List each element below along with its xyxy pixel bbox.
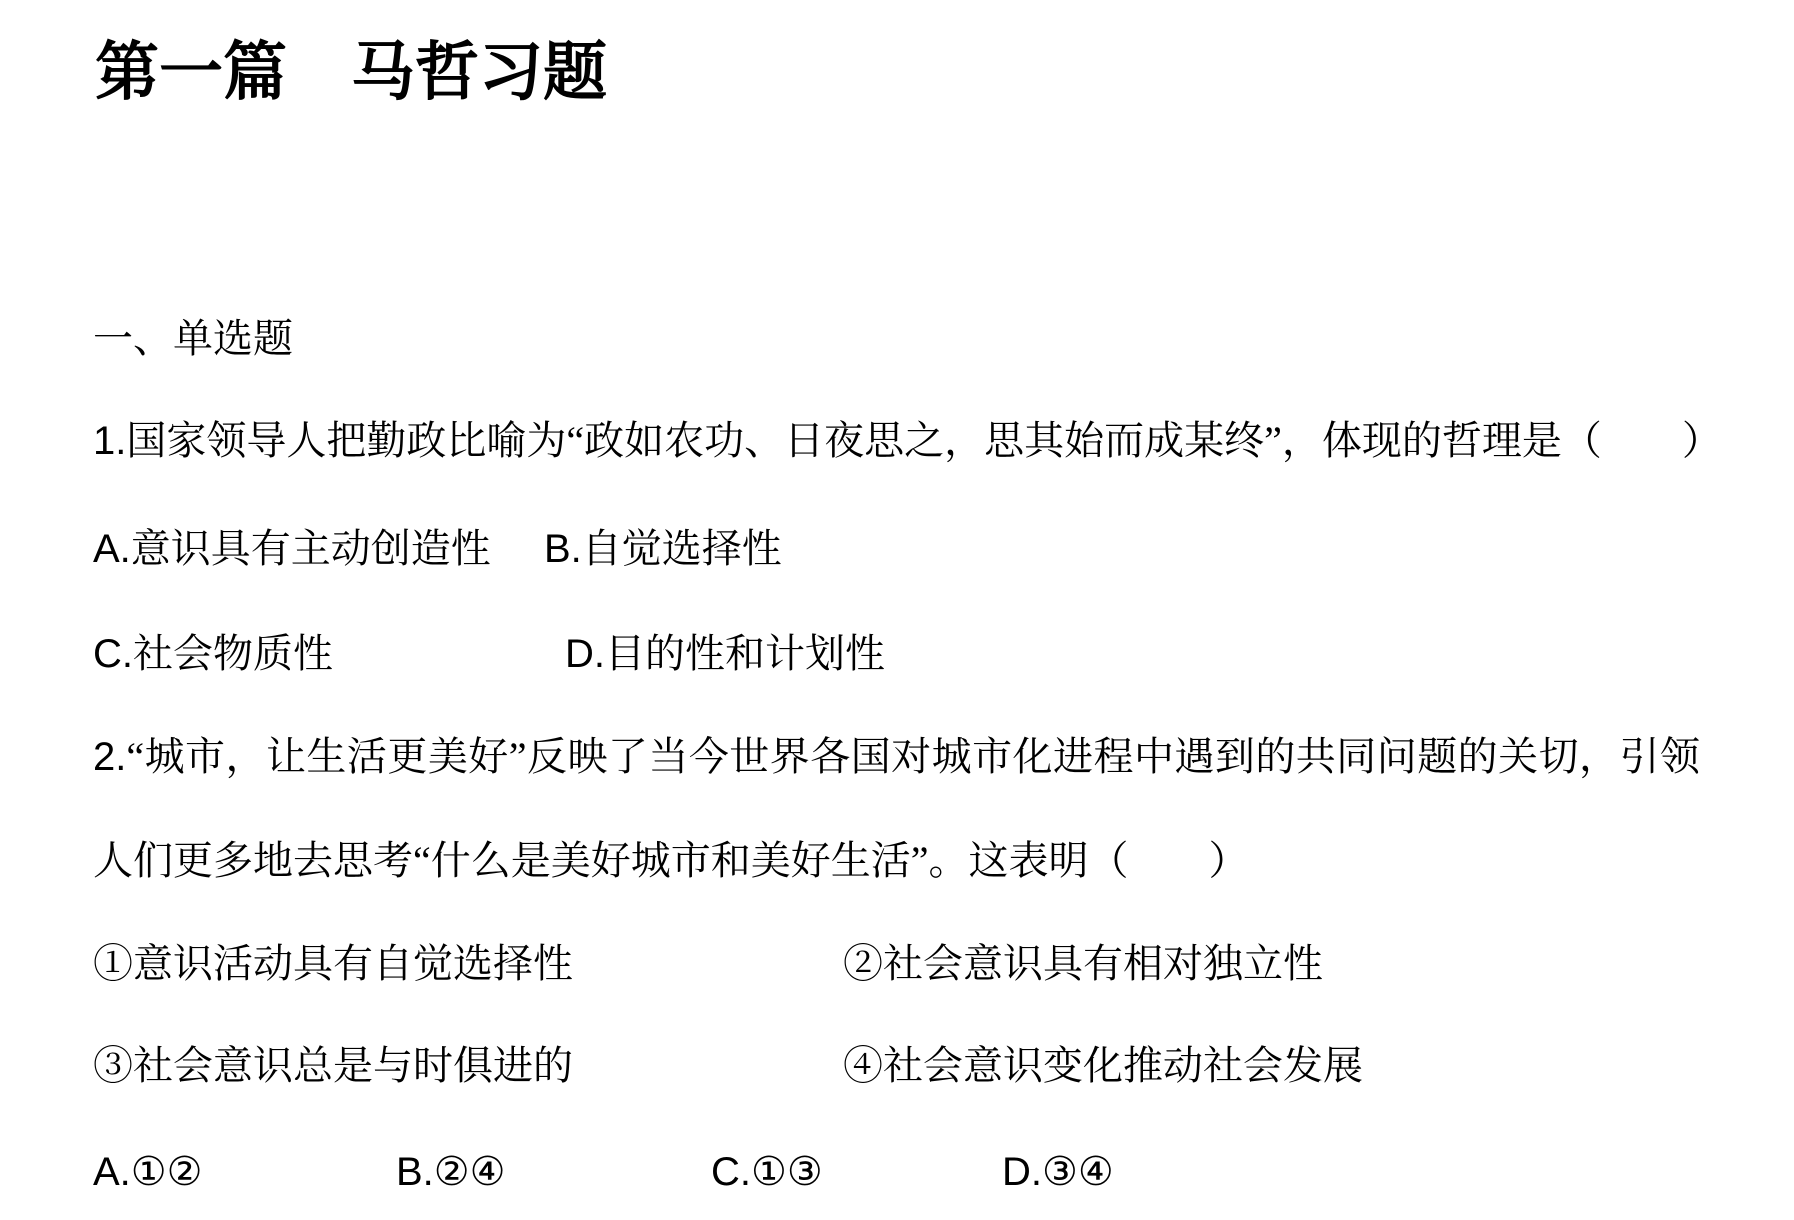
question-2-text-line-1: “城市，让生活更美好”反映了当今世界各国对城市化进程中遇到的共同问题的关切，引领 (126, 734, 1700, 779)
option-a-text: 意识具有主动创造性 (131, 526, 491, 571)
statement-4: ④社会意识变化推动社会发展 (843, 1043, 1363, 1088)
answer-b-label: B. (396, 1150, 434, 1194)
option-c-text: 社会物质性 (133, 631, 333, 676)
option-b-text: 自觉选择性 (582, 526, 782, 571)
answer-option-c: C.①③ (711, 1148, 1002, 1196)
answer-d-label: D. (1002, 1150, 1042, 1194)
question-1: 1.国家领导人把勤政比喻为“政如农功、日夜思之，思其始而成某终”，体现的哲理是（… (93, 417, 1722, 465)
statement-3: ③社会意识总是与时俱进的 (93, 1042, 843, 1090)
question-2-number: 2. (93, 735, 126, 779)
option-d-text: 目的性和计划性 (605, 631, 885, 676)
answer-option-d: D.③④ (1002, 1149, 1114, 1194)
question-1-text: 国家领导人把勤政比喻为“政如农功、日夜思之，思其始而成某终”，体现的哲理是（ ） (126, 418, 1722, 463)
question-1-options-row-2: C.社会物质性D.目的性和计划性 (93, 630, 885, 678)
question-1-options-row-1: A.意识具有主动创造性B.自觉选择性 (93, 525, 782, 573)
answer-a-text: ①② (131, 1149, 203, 1194)
answer-a-label: A. (93, 1150, 131, 1194)
answer-option-a: A.①② (93, 1148, 396, 1196)
question-1-option-a: A.意识具有主动创造性 (93, 525, 544, 573)
question-2-line-2: 人们更多地去思考“什么是美好城市和美好生活”。这表明（ ） (93, 837, 1249, 885)
statement-1: ①意识活动具有自觉选择性 (93, 940, 843, 988)
answer-c-label: C. (711, 1150, 751, 1194)
statement-2: ②社会意识具有相对独立性 (843, 941, 1323, 986)
answer-c-text: ①③ (751, 1149, 823, 1194)
section-heading: 一、单选题 (93, 315, 293, 363)
option-d-label: D. (565, 632, 605, 676)
question-2-answer-options: A.①②B.②④C.①③D.③④ (93, 1148, 1114, 1196)
option-c-label: C. (93, 632, 133, 676)
option-a-label: A. (93, 527, 131, 571)
question-2-statements-row-1: ①意识活动具有自觉选择性②社会意识具有相对独立性 (93, 940, 1323, 988)
question-1-number: 1. (93, 419, 126, 463)
document-page: 第一篇 马哲习题 一、单选题 1.国家领导人把勤政比喻为“政如农功、日夜思之，思… (0, 0, 1794, 1220)
question-1-option-d: D.目的性和计划性 (565, 631, 885, 676)
question-2-line-1: 2.“城市，让生活更美好”反映了当今世界各国对城市化进程中遇到的共同问题的关切，… (93, 733, 1700, 781)
answer-option-b: B.②④ (396, 1148, 711, 1196)
option-b-label: B. (544, 527, 582, 571)
answer-b-text: ②④ (434, 1149, 506, 1194)
document-title: 第一篇 马哲习题 (95, 36, 607, 110)
answer-d-text: ③④ (1042, 1149, 1114, 1194)
question-2-statements-row-2: ③社会意识总是与时俱进的④社会意识变化推动社会发展 (93, 1042, 1363, 1090)
question-1-option-b: B.自觉选择性 (544, 526, 782, 571)
question-1-option-c: C.社会物质性 (93, 630, 565, 678)
